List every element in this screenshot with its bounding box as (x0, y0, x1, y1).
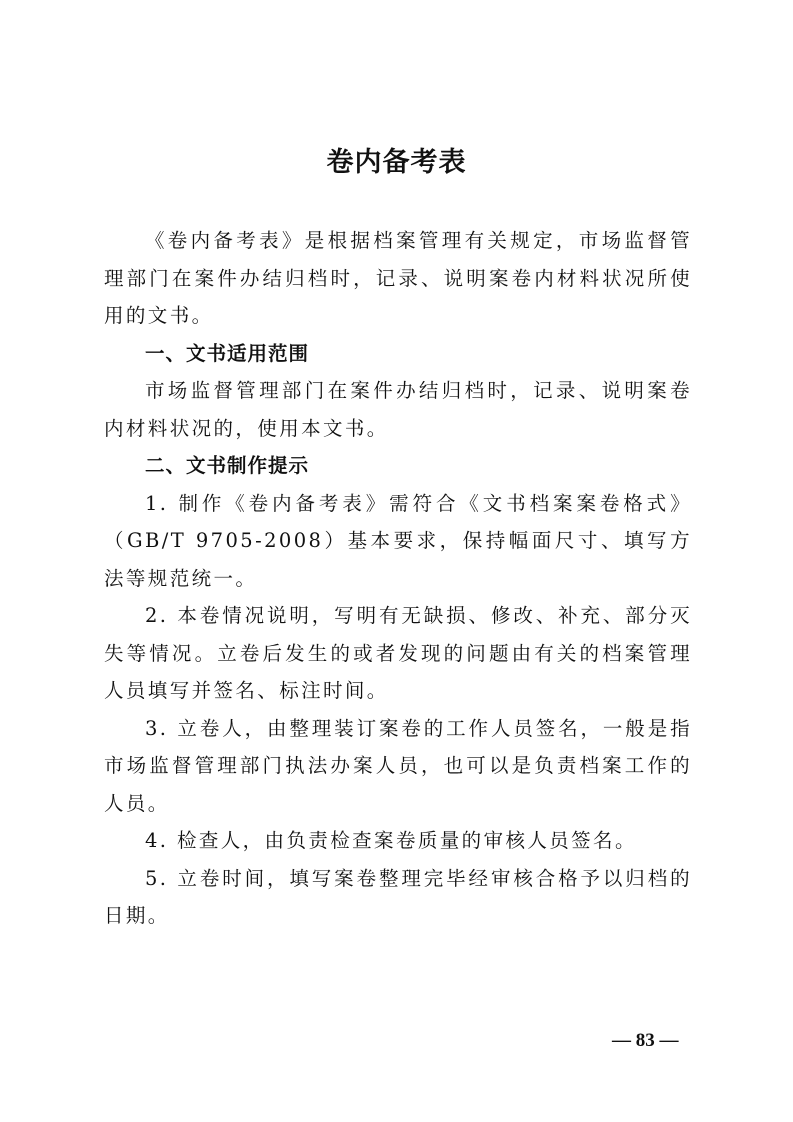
document-body: 《卷内备考表》是根据档案管理有关规定，市场监督管理部门在案件办结归档时，记录、说… (104, 222, 692, 935)
intro-paragraph: 《卷内备考表》是根据档案管理有关规定，市场监督管理部门在案件办结归档时，记录、说… (104, 222, 692, 335)
tip-item-4: 4. 检查人，由负责检查案卷质量的审核人员签名。 (104, 822, 692, 860)
tip-item-2: 2. 本卷情况说明，写明有无缺损、修改、补充、部分灭失等情况。立卷后发生的或者发… (104, 597, 692, 710)
tip-item-5: 5. 立卷时间，填写案卷整理完毕经审核合格予以归档的日期。 (104, 860, 692, 935)
scope-paragraph: 市场监督管理部门在案件办结归档时，记录、说明案卷内材料状况的，使用本文书。 (104, 372, 692, 447)
section-heading-scope: 一、文书适用范围 (104, 335, 692, 373)
document-title: 卷内备考表 (0, 143, 793, 183)
section-heading-tips: 二、文书制作提示 (104, 447, 692, 485)
tip-item-1: 1. 制作《卷内备考表》需符合《文书档案案卷格式》（GB/T 9705-2008… (104, 485, 692, 598)
document-page: 卷内备考表 《卷内备考表》是根据档案管理有关规定，市场监督管理部门在案件办结归档… (0, 0, 793, 1122)
tip-item-3: 3. 立卷人，由整理装订案卷的工作人员签名，一般是指市场监督管理部门执法办案人员… (104, 710, 692, 823)
page-number: — 83 — (612, 1030, 679, 1052)
